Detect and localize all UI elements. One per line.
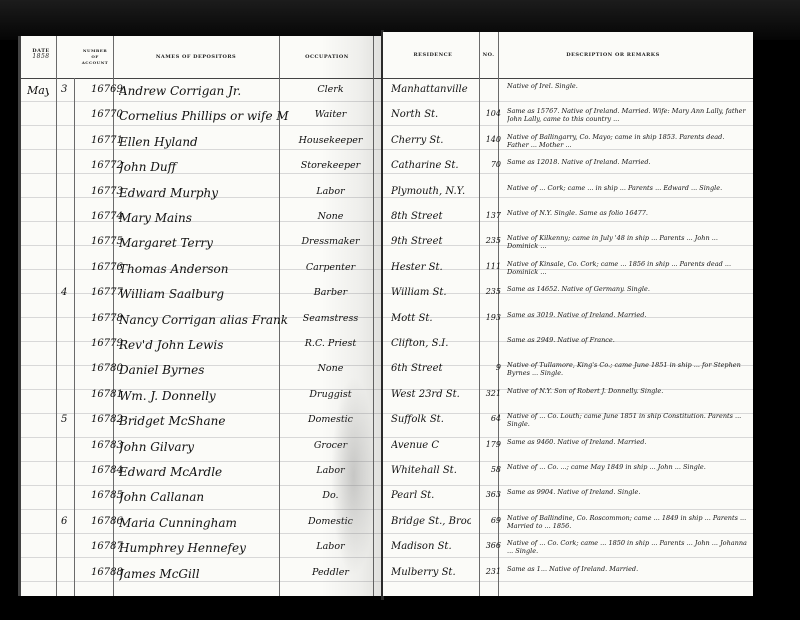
ledger-row: 416777William SaalburgBarber [21,283,386,307]
remarks: Native of ... Cork; came ... in ship ...… [507,184,747,192]
ledger-row: 16787Humphrey HennefeyLabor [21,537,386,561]
ledger-row: 16772John DuffStorekeeper [21,156,386,180]
residence: Manhattanville [391,84,471,95]
remarks: Same as 1... Native of Ireland. Married. [507,565,747,573]
depositor-name: John Callanan [119,490,289,504]
remarks: Native of Irel. Single. [507,82,747,90]
depositor-name: Humphrey Hennefey [119,541,289,555]
residence: Suffolk St. [391,414,471,425]
ledger-row: North St.104Same as 15767. Native of Ire… [383,105,753,129]
occupation: Druggist [283,389,378,400]
entry-day: 5 [61,414,77,425]
ledger-right-page: Residence No. Description or Remarks Man… [383,32,753,596]
house-number: 321 [471,389,501,398]
ledger-row: 16773Edward MurphyLabor [21,182,386,206]
remarks: Same as 12018. Native of Ireland. Marrie… [507,158,747,166]
occupation: None [283,363,378,374]
residence: Pearl St. [391,490,471,501]
remarks: Same as 9904. Native of Ireland. Single. [507,488,747,496]
ledger-row: William St.235Same as 14652. Native of G… [383,283,753,307]
depositor-name: Nancy Corrigan alias Frank [119,313,289,327]
ledger-row: May316769Andrew Corrigan Jr.Clerk [21,80,386,104]
occupation: Seamstress [283,313,378,324]
depositor-name: Daniel Byrnes [119,363,289,377]
residence: Bridge St., Brooklyn [391,516,471,527]
occupation: Labor [283,186,378,197]
remarks: Same as 15767. Native of Ireland. Marrie… [507,107,747,123]
residence: Madison St. [391,541,471,552]
house-number: 193 [471,313,501,322]
depositor-name: Mary Mains [119,211,289,225]
residence: North St. [391,109,471,120]
header-year: 1858 [26,54,56,60]
occupation: Grocer [283,440,378,451]
occupation: Carpenter [283,262,378,273]
depositor-name: John Duff [119,160,289,174]
residence: Catharine St. [391,160,471,171]
depositor-name: John Gilvary [119,440,289,454]
ledger-row: Pearl St.363Same as 9904. Native of Irel… [383,486,753,510]
occupation: Clerk [283,84,378,95]
depositor-name: Cornelius Phillips or wife Mary Ann [119,109,289,123]
ledger-row: 16780Daniel ByrnesNone [21,359,386,383]
residence: Mulberry St. [391,567,471,578]
house-number: 9 [471,363,501,372]
house-number: 140 [471,135,501,144]
residence: 9th Street [391,236,471,247]
entry-day: 3 [61,84,77,95]
remarks: Same as 2949. Native of France. [507,336,747,344]
depositor-name: Maria Cunningham [119,516,289,530]
ledger-row: Cherry St.140Native of Ballingarry, Co. … [383,131,753,155]
residence: Cherry St. [391,135,471,146]
remarks: Native of Kilkenny; came in July '48 in … [507,234,747,250]
residence: Plymouth, N.Y. [391,186,471,197]
ledger-row: 16776Thomas AndersonCarpenter [21,258,386,282]
ledger-row: Avenue C179Same as 9460. Native of Irela… [383,436,753,460]
house-number: 64 [471,414,501,423]
occupation: Barber [283,287,378,298]
header-account-number: Number of Account [79,48,111,66]
ledger-row: 16779Rev'd John LewisR.C. Priest [21,334,386,358]
house-number: 137 [471,211,501,220]
house-number: 104 [471,109,501,118]
ledger-row: 16788James McGillPeddler [21,563,386,587]
header-names: Names of Depositors [121,54,271,60]
ledger-row: Suffolk St.64Native of ... Co. Louth; ca… [383,410,753,434]
ledger-left-page: Date 1858 Number of Account Names of Dep… [18,36,386,596]
depositor-name: Edward McArdle [119,465,289,479]
ledger-row: Whitehall St.58Native of ... Co. ...; ca… [383,461,753,485]
remarks: Native of ... Co. Louth; came June 1851 … [507,412,747,428]
residence: Whitehall St. [391,465,471,476]
residence: William St. [391,287,471,298]
ledger-row: 16784Edward McArdleLabor [21,461,386,485]
occupation: Housekeeper [283,135,378,146]
residence: 8th Street [391,211,471,222]
header-remarks: Description or Remarks [533,52,693,58]
depositor-name: Bridget McShane [119,414,289,428]
occupation: Storekeeper [283,160,378,171]
ledger-row: 8th Street137Native of N.Y. Single. Same… [383,207,753,231]
remarks: Native of N.Y. Son of Robert J. Donnelly… [507,387,747,395]
header-rule [383,78,753,79]
ledger-row: 616786Maria CunninghamDomestic [21,512,386,536]
ledger-row: West 23rd St.321Native of N.Y. Son of Ro… [383,385,753,409]
depositor-name: Margaret Terry [119,236,289,250]
ledger-row: 16781Wm. J. DonnellyDruggist [21,385,386,409]
residence: Clifton, S.I. [391,338,471,349]
header-date: Date 1858 [26,48,56,60]
ledger-row: Hester St.111Native of Kinsale, Co. Cork… [383,258,753,282]
ledger-row: 16783John GilvaryGrocer [21,436,386,460]
ledger-row: 16778Nancy Corrigan alias FrankSeamstres… [21,309,386,333]
ledger-row: Plymouth, N.Y.Native of ... Cork; came .… [383,182,753,206]
header-occupation: Occupation [283,54,371,60]
occupation: Dressmaker [283,236,378,247]
header-no: No. [480,52,497,58]
house-number: 70 [471,160,501,169]
occupation: Domestic [283,516,378,527]
occupation: Do. [283,490,378,501]
occupation: R.C. Priest [283,338,378,349]
ledger-row: 16771Ellen HylandHousekeeper [21,131,386,155]
depositor-name: Thomas Anderson [119,262,289,276]
ledger-row: 516782Bridget McShaneDomestic [21,410,386,434]
remarks: Native of Ballingarry, Co. Mayo; came in… [507,133,747,149]
occupation: Labor [283,541,378,552]
depositor-name: Ellen Hyland [119,135,289,149]
entry-day: 6 [61,516,77,527]
remarks: Native of N.Y. Single. Same as folio 164… [507,209,747,217]
ledger-row: Catharine St.70Same as 12018. Native of … [383,156,753,180]
house-number: 58 [471,465,501,474]
remarks: Native of ... Co. Cork; came ... 1850 in… [507,539,747,555]
remarks: Same as 14652. Native of Germany. Single… [507,285,747,293]
depositor-name: Wm. J. Donnelly [119,389,289,403]
ledger-row: Clifton, S.I.Same as 2949. Native of Fra… [383,334,753,358]
residence: Avenue C [391,440,471,451]
residence: 6th Street [391,363,471,374]
depositor-name: Edward Murphy [119,186,289,200]
remarks: Native of ... Co. ...; came May 1849 in … [507,463,747,471]
depositor-name: James McGill [119,567,289,581]
header-residence: Residence [393,52,473,58]
ledger-row: ManhattanvilleNative of Irel. Single. [383,80,753,104]
house-number: 179 [471,440,501,449]
ledger-row: 16770Cornelius Phillips or wife Mary Ann… [21,105,386,129]
occupation: Domestic [283,414,378,425]
house-number: 111 [471,262,501,271]
occupation: Waiter [283,109,378,120]
ledger-row: Bridge St., Brooklyn69Native of Ballindi… [383,512,753,536]
residence: West 23rd St. [391,389,471,400]
ledger-row: Mulberry St.231Same as 1... Native of Ir… [383,563,753,587]
remarks: Same as 9460. Native of Ireland. Married… [507,438,747,446]
remarks: Same as 3019. Native of Ireland. Married… [507,311,747,319]
remarks: Native of Ballindine, Co. Roscommon; cam… [507,514,747,530]
residence: Hester St. [391,262,471,273]
ledger-row: 16774Mary MainsNone [21,207,386,231]
entry-day: 4 [61,287,77,298]
depositor-name: Rev'd John Lewis [119,338,289,352]
house-number: 235 [471,236,501,245]
residence: Mott St. [391,313,471,324]
depositor-name: William Saalburg [119,287,289,301]
ledger-row: 16775Margaret TerryDressmaker [21,232,386,256]
entry-month: May [27,84,49,97]
house-number: 235 [471,287,501,296]
occupation: Labor [283,465,378,476]
house-number: 366 [471,541,501,550]
ledger-row: Madison St.366Native of ... Co. Cork; ca… [383,537,753,561]
ledger-row: Mott St.193Same as 3019. Native of Irela… [383,309,753,333]
occupation: None [283,211,378,222]
remarks: Native of Tullamore, King's Co.; came Ju… [507,361,747,377]
occupation: Peddler [283,567,378,578]
header-rule [21,78,386,79]
house-number: 69 [471,516,501,525]
house-number: 363 [471,490,501,499]
depositor-name: Andrew Corrigan Jr. [119,84,289,98]
ledger-row: 9th Street235Native of Kilkenny; came in… [383,232,753,256]
ledger-row: 6th Street9Native of Tullamore, King's C… [383,359,753,383]
ledger-row: 16785John CallananDo. [21,486,386,510]
remarks: Native of Kinsale, Co. Cork; came ... 18… [507,260,747,276]
house-number: 231 [471,567,501,576]
